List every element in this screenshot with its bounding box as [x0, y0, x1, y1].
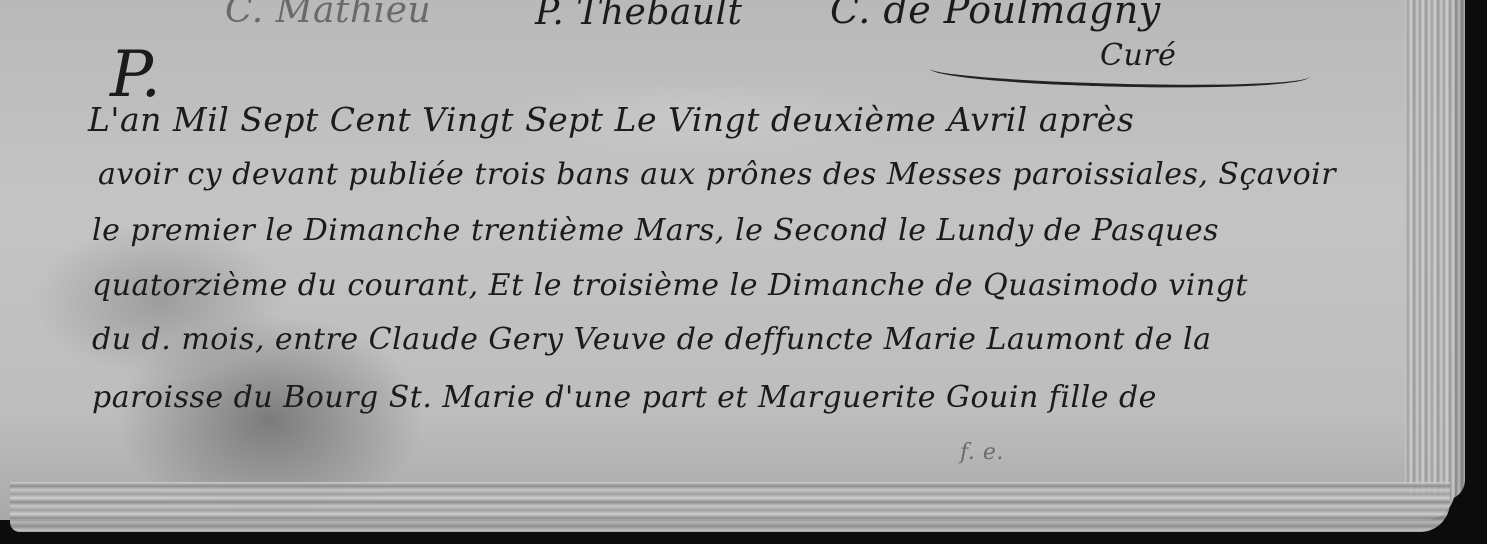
signature-poulmagny: C. de Poulmagny	[830, 0, 1161, 32]
text-line-6: paroisse du Bourg St. Marie d'une part e…	[92, 380, 1157, 415]
text-line-1: L'an Mil Sept Cent Vingt Sept Le Vingt d…	[88, 100, 1134, 139]
page-stack-right-edge	[1405, 0, 1465, 500]
text-line-5: du d. mois, entre Claude Gery Veuve de d…	[92, 322, 1212, 357]
register-page: C. Mathieu P. Thebault C. de Poulmagny C…	[0, 0, 1455, 520]
text-line-2: avoir cy devant publiée trois bans aux p…	[98, 157, 1336, 192]
signature-mathieu: C. Mathieu	[225, 0, 431, 31]
trailing-mark: f. e.	[960, 440, 1004, 465]
page-stack-bottom-edge	[10, 482, 1450, 532]
signature-flourish	[930, 51, 1311, 93]
text-line-4: quatorzième du courant, Et le troisième …	[92, 268, 1248, 303]
text-line-3: le premier le Dimanche trentième Mars, l…	[92, 213, 1219, 248]
signature-thebault: P. Thebault	[535, 0, 743, 33]
